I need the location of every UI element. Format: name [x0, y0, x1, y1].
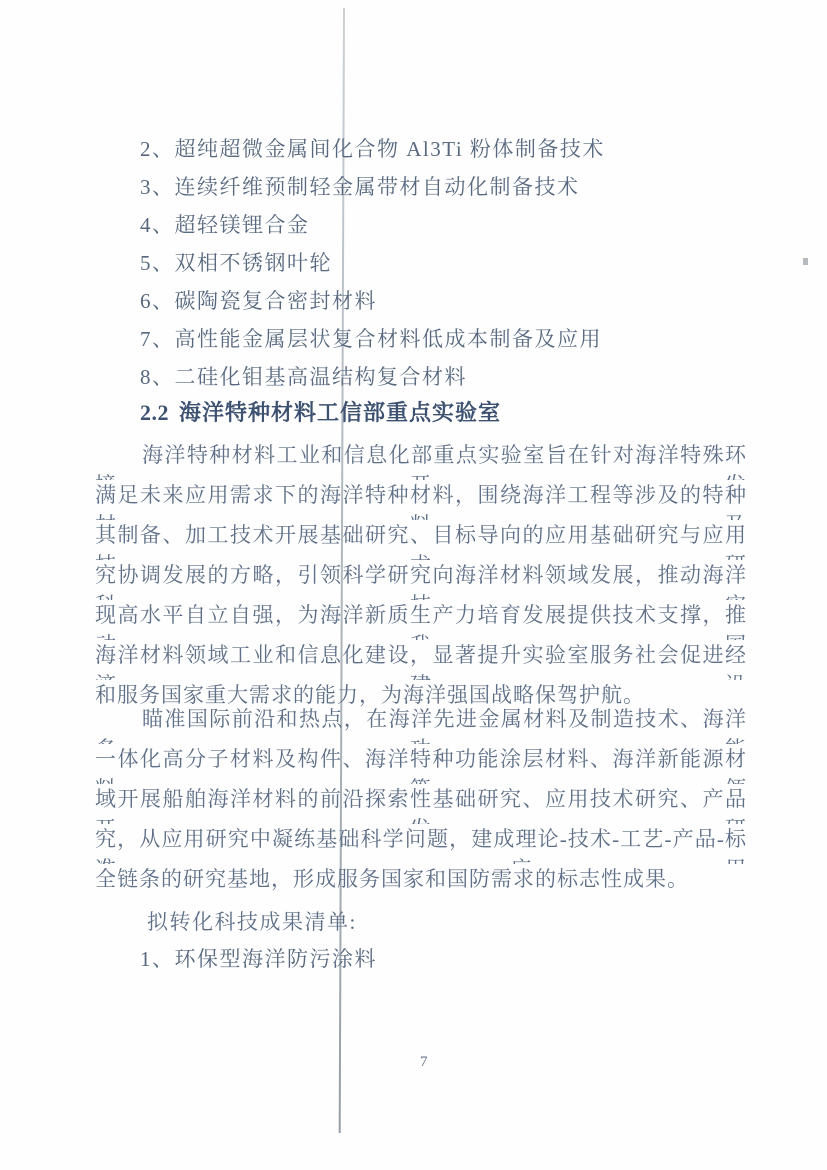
- scanned-document-page: 2、超纯超微金属间化合物 Al3Ti 粉体制备技术 3、连续纤维预制轻金属带材自…: [0, 0, 827, 1170]
- paragraph-line: 究，从应用研究中凝练基础科学问题，建成理论-技术-工艺-产品-标准-应用: [95, 824, 747, 864]
- scan-speck: [803, 258, 808, 265]
- paragraph-line: 其制备、加工技术开展基础研究、目标导向的应用基础研究与应用技术研: [95, 520, 747, 560]
- page-number: 7: [420, 1054, 428, 1071]
- section-title: 海洋特种材料工信部重点实验室: [179, 400, 501, 425]
- list-item: 4、超轻镁锂合金: [140, 211, 760, 249]
- transfer-list-label: 拟转化科技成果清单:: [147, 906, 357, 936]
- paragraph-line: 满足未来应用需求下的海洋特种材料，围绕海洋工程等涉及的特种材料及: [95, 480, 747, 520]
- paragraph-lab-intro: 海洋特种材料工业和信息化部重点实验室旨在针对海洋特殊环境开发 满足未来应用需求下…: [95, 440, 747, 720]
- paragraph-line: 瞄准国际前沿和热点，在海洋先进金属材料及制造技术、海洋多功能: [95, 704, 747, 744]
- list-item: 3、连续纤维预制轻金属带材自动化制备技术: [140, 173, 760, 211]
- list-item: 1、环保型海洋防污涂料: [140, 945, 640, 983]
- section-number: 2.2: [140, 400, 169, 425]
- list-item: 6、碳陶瓷复合密封材料: [140, 287, 760, 325]
- paragraph-line: 全链条的研究基地，形成服务国家和国防需求的标志性成果。: [95, 864, 747, 904]
- paragraph-line: 现高水平自立自强，为海洋新质生产力培育发展提供技术支撑，推动我国: [95, 600, 747, 640]
- tech-achievement-list-bottom: 1、环保型海洋防污涂料: [140, 945, 640, 983]
- tech-achievement-list-top: 2、超纯超微金属间化合物 Al3Ti 粉体制备技术 3、连续纤维预制轻金属带材自…: [140, 135, 760, 401]
- paragraph-line: 域开展船舶海洋材料的前沿探索性基础研究、应用技术研究、产品开发研: [95, 784, 747, 824]
- list-item: 2、超纯超微金属间化合物 Al3Ti 粉体制备技术: [140, 135, 760, 173]
- list-item: 7、高性能金属层状复合材料低成本制备及应用: [140, 325, 760, 363]
- paragraph-line: 海洋材料领域工业和信息化建设，显著提升实验室服务社会促进经济建设: [95, 640, 747, 680]
- section-heading: 2.2海洋特种材料工信部重点实验室: [140, 396, 501, 427]
- list-item: 5、双相不锈钢叶轮: [140, 249, 760, 287]
- paragraph-line: 究协调发展的方略，引领科学研究向海洋材料领域发展，推动海洋科技实: [95, 560, 747, 600]
- paragraph-research-focus: 瞄准国际前沿和热点，在海洋先进金属材料及制造技术、海洋多功能 一体化高分子材料及…: [95, 704, 747, 904]
- paragraph-line: 海洋特种材料工业和信息化部重点实验室旨在针对海洋特殊环境开发: [95, 440, 747, 480]
- paragraph-line: 一体化高分子材料及构件、海洋特种功能涂层材料、海洋新能源材料等领: [95, 744, 747, 784]
